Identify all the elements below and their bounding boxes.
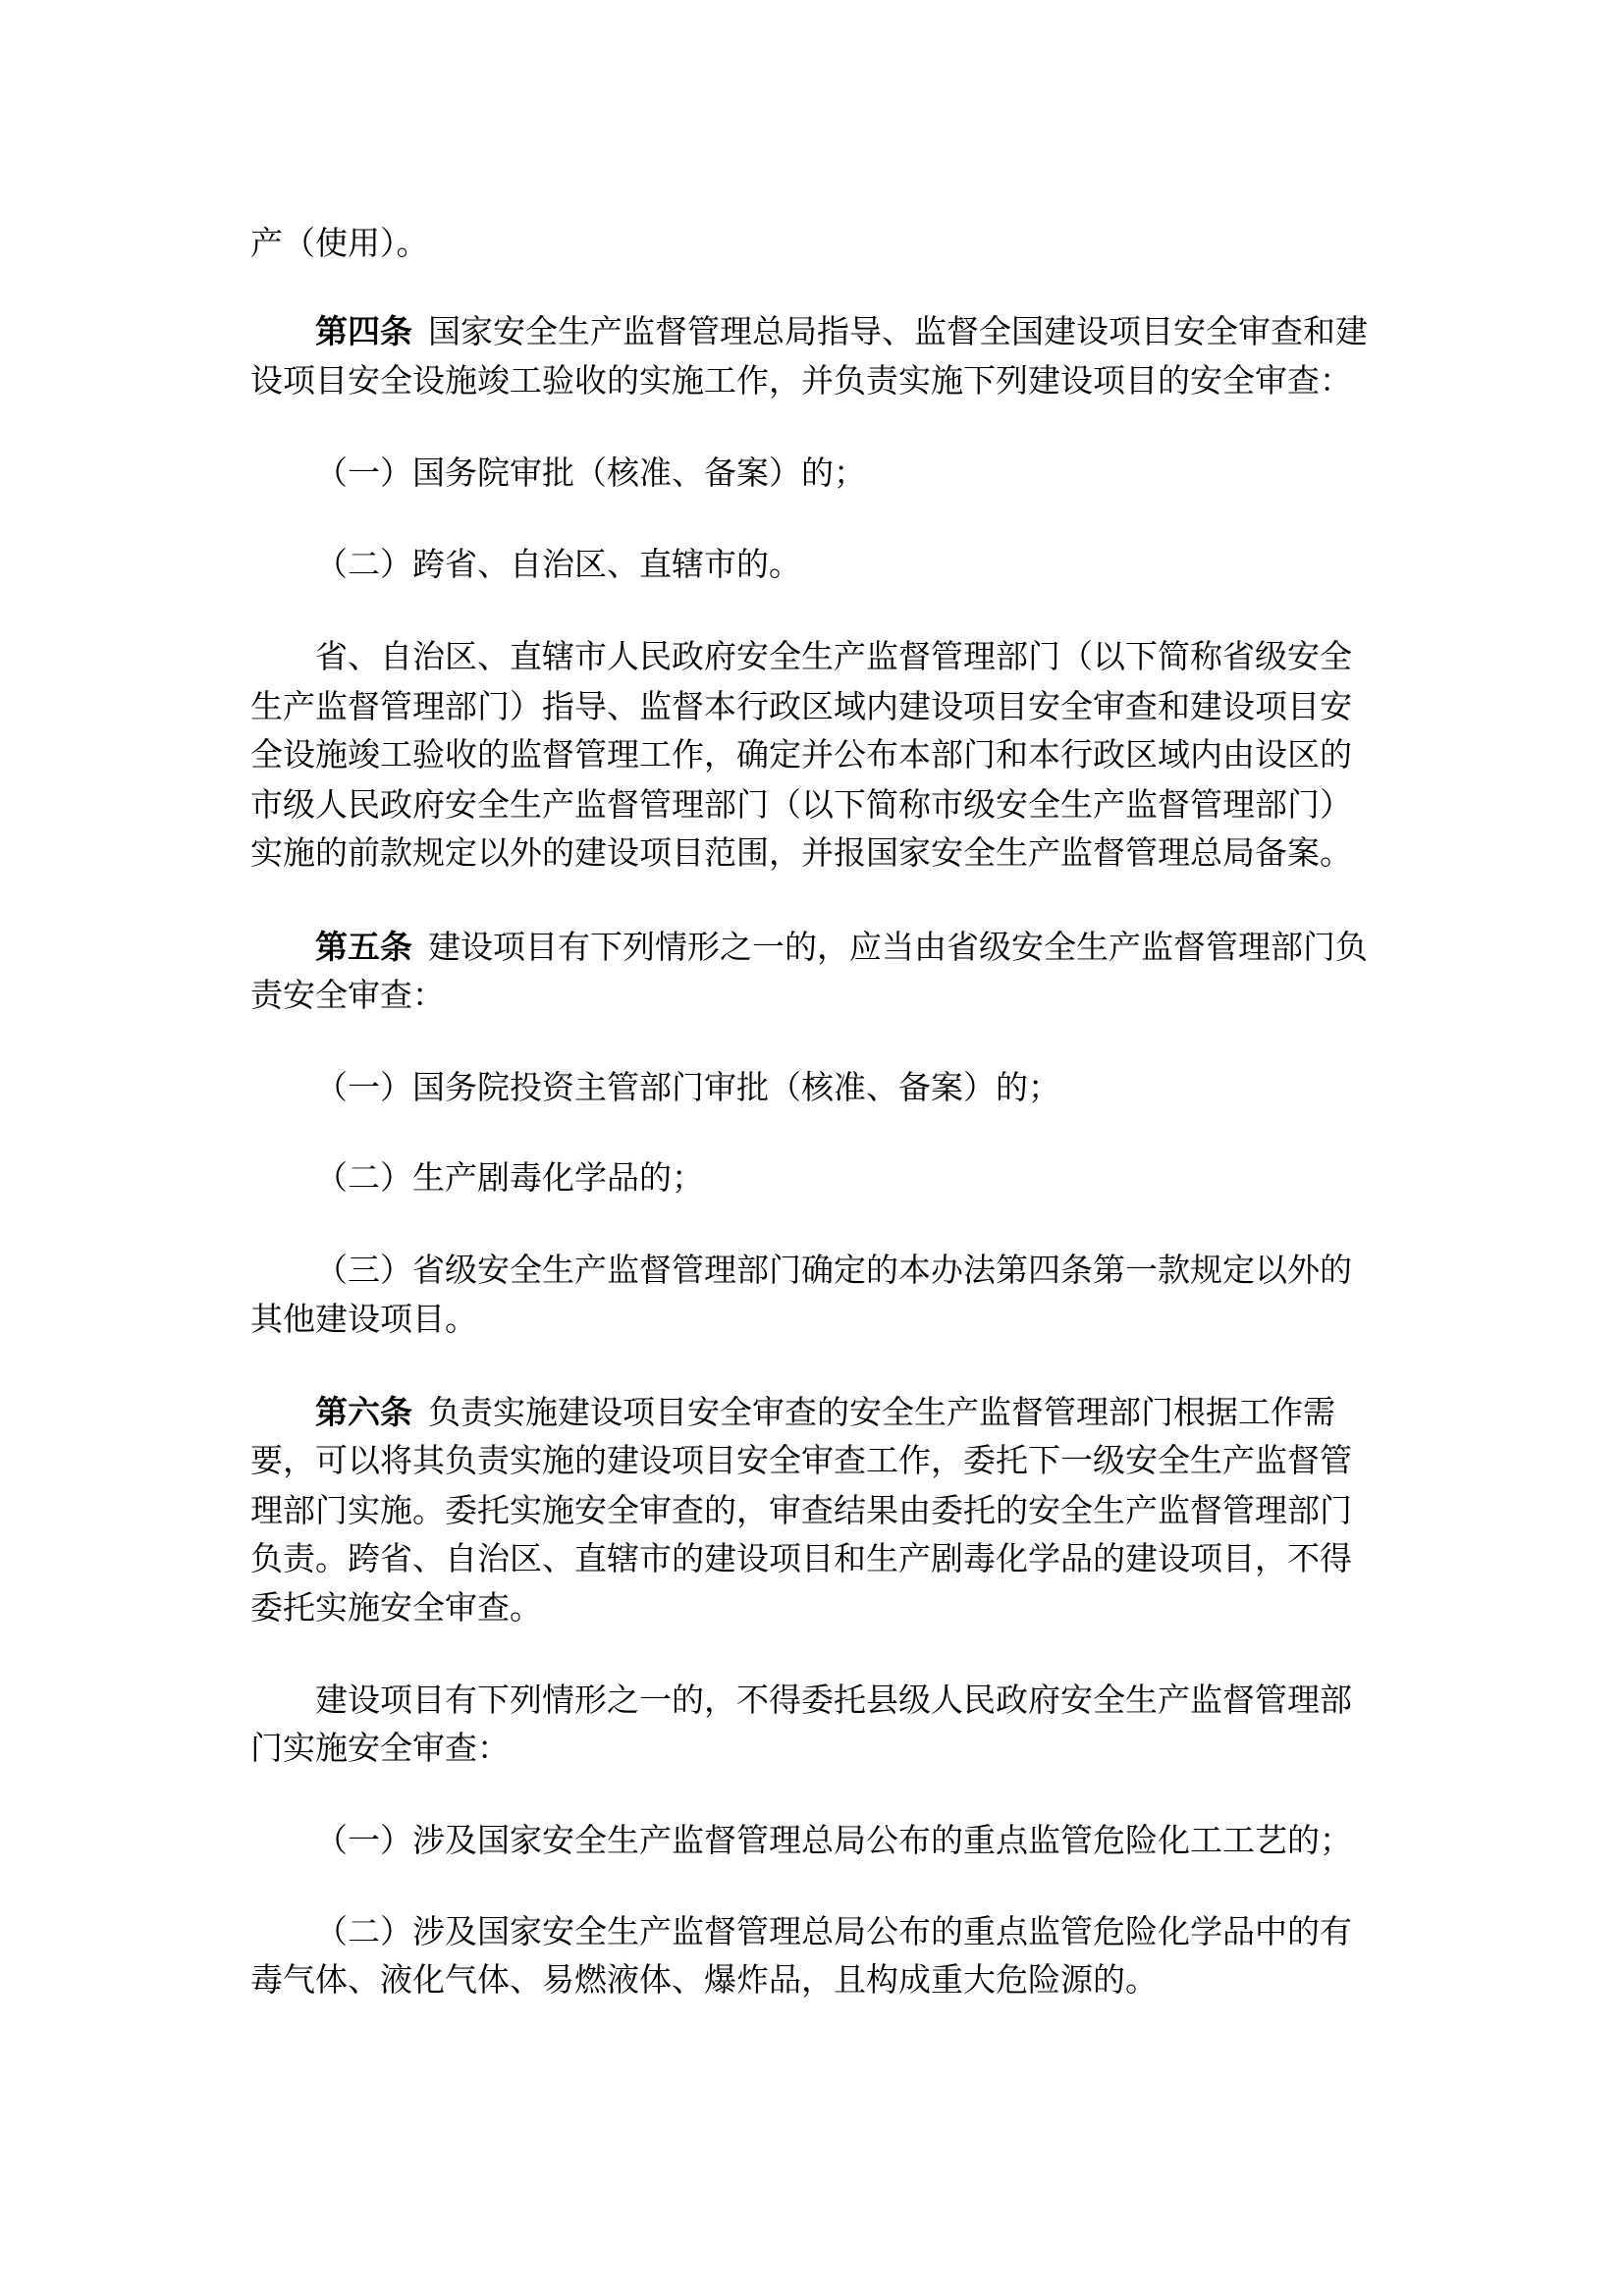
article-6-line: 要，可以将其负责实施的建设项目安全审查工作，委托下一级安全生产监督管 <box>250 1436 1380 1485</box>
list-item: （三）省级安全生产监督管理部门确定的本办法第四条第一款规定以外的 <box>315 1246 1444 1295</box>
article-5-first-line: 第五条建设项目有下列情形之一的，应当由省级安全生产监督管理部门负 <box>315 923 1444 972</box>
article-label: 第六条 <box>315 1393 412 1431</box>
article-4-first-line: 第四条国家安全生产监督管理总局指导、监督全国建设项目安全审查和建 <box>315 307 1444 356</box>
article-6-first-line: 第六条负责实施建设项目安全审查的安全生产监督管理部门根据工作需 <box>315 1388 1444 1437</box>
document-page: 产（使用）。 第四条国家安全生产监督管理总局指导、监督全国建设项目安全审查和建 … <box>0 0 1624 2296</box>
body-paragraph-line: 门实施安全审查： <box>250 1724 1380 1773</box>
body-paragraph-line: 建设项目有下列情形之一的，不得委托县级人民政府安全生产监督管理部 <box>315 1676 1444 1725</box>
article-label: 第四条 <box>315 312 412 350</box>
continuation-line: 产（使用）。 <box>250 219 1380 268</box>
article-text: 国家安全生产监督管理总局指导、监督全国建设项目安全审查和建 <box>428 312 1368 350</box>
article-6-line: 委托实施安全审查。 <box>250 1583 1380 1632</box>
body-paragraph-line: 市级人民政府安全生产监督管理部门（以下简称市级安全生产监督管理部门） <box>250 780 1380 829</box>
list-item: （二）生产剧毒化学品的； <box>315 1153 1444 1202</box>
list-item-continuation: 毒气体、液化气体、易燃液体、爆炸品，且构成重大危险源的。 <box>250 1955 1380 2004</box>
body-paragraph-line: 生产监督管理部门）指导、监督本行政区域内建设项目安全审查和建设项目安 <box>250 682 1380 731</box>
article-6-line: 负责。跨省、自治区、直辖市的建设项目和生产剧毒化学品的建设项目，不得 <box>250 1534 1380 1583</box>
body-paragraph-line: 省、自治区、直辖市人民政府安全生产监督管理部门（以下简称省级安全 <box>315 632 1444 681</box>
body-paragraph-line: 实施的前款规定以外的建设项目范围，并报国家安全生产监督管理总局备案。 <box>250 828 1380 878</box>
article-text: 负责实施建设项目安全审查的安全生产监督管理部门根据工作需 <box>428 1393 1335 1431</box>
list-item: （二）涉及国家安全生产监督管理总局公布的重点监管危险化学品中的有 <box>315 1907 1444 1956</box>
list-item: （一）涉及国家安全生产监督管理总局公布的重点监管危险化工工艺的； <box>315 1816 1444 1865</box>
article-5-line: 责安全审查： <box>250 971 1380 1020</box>
list-item-continuation: 其他建设项目。 <box>250 1295 1380 1344</box>
list-item: （一）国务院投资主管部门审批（核准、备案）的； <box>315 1063 1444 1112</box>
article-4-line: 设项目安全设施竣工验收的实施工作，并负责实施下列建设项目的安全审查： <box>250 356 1380 405</box>
article-label: 第五条 <box>315 928 412 966</box>
list-item: （一）国务院审批（核准、备案）的； <box>315 449 1444 498</box>
list-item: （二）跨省、自治区、直辖市的。 <box>315 540 1444 589</box>
body-paragraph-line: 全设施竣工验收的监督管理工作，确定并公布本部门和本行政区域内由设区的 <box>250 730 1380 779</box>
article-text: 建设项目有下列情形之一的，应当由省级安全生产监督管理部门负 <box>428 928 1368 966</box>
article-6-line: 理部门实施。委托实施安全审查的，审查结果由委托的安全生产监督管理部门 <box>250 1486 1380 1535</box>
